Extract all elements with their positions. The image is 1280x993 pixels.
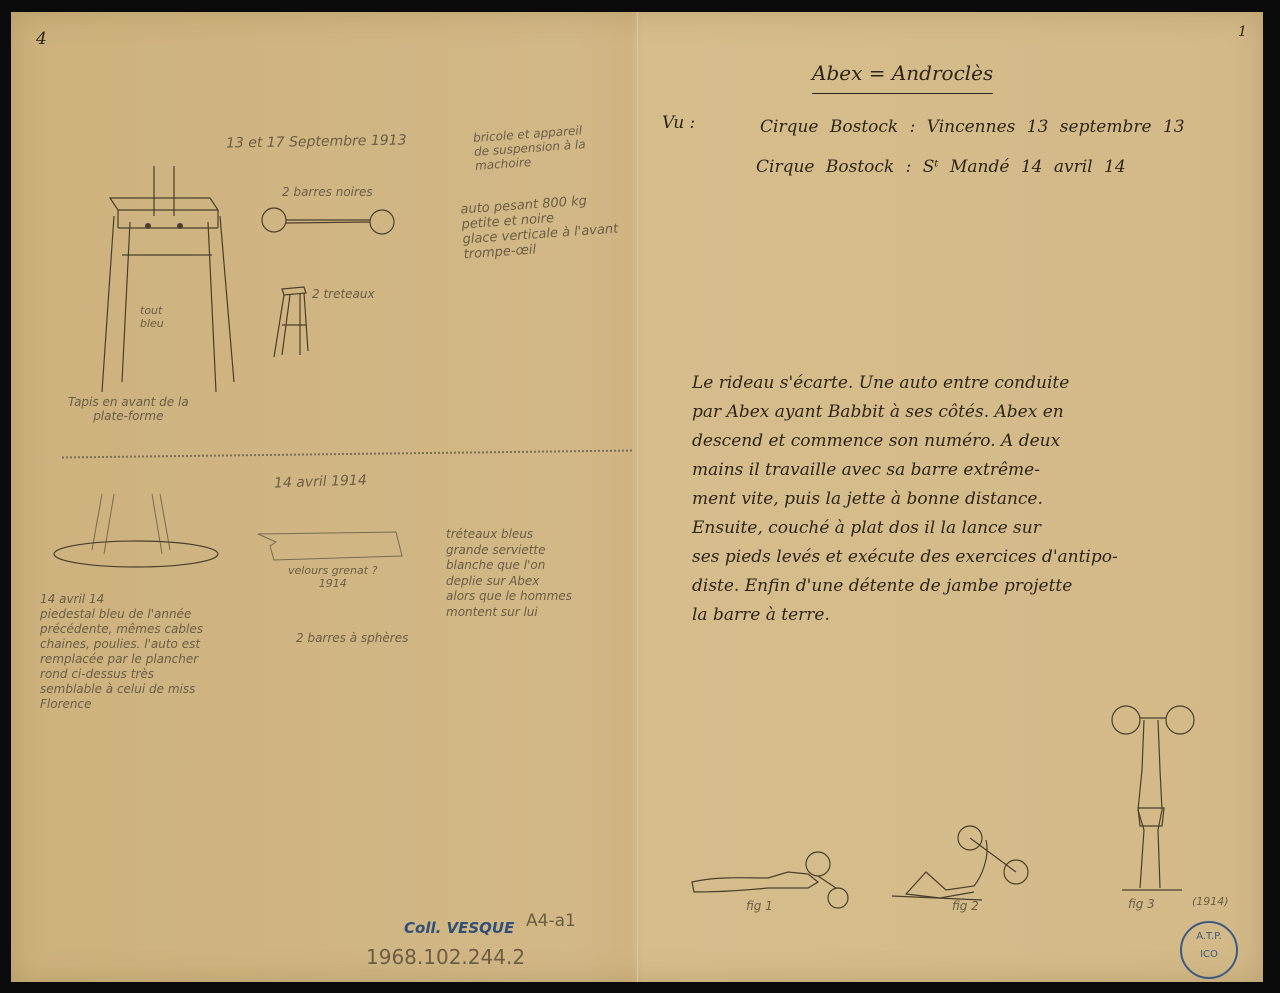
- center-fold: [636, 12, 639, 982]
- seen-entry-1: Cirque Bostock : Vincennes 13 septembre …: [760, 118, 1185, 138]
- figure-3-standing-icon: [1108, 700, 1198, 900]
- narrative-line: descend et commence son numéro. A deux: [692, 432, 1118, 461]
- atp-stamp: A.T.P. ICO: [1180, 921, 1238, 979]
- narrative-line: ses pieds levés et exécute des exercices…: [692, 548, 1118, 577]
- inventory-number: 1968.102.244.2: [366, 946, 525, 969]
- atp-stamp-bottom: ICO: [1182, 946, 1236, 964]
- seen-entry-2: Cirque Bostock : Sᵗ Mandé 14 avril 14: [756, 158, 1126, 178]
- date-1913: 13 et 17 Septembre 1913: [226, 132, 407, 151]
- left-page-number: 4: [36, 30, 47, 50]
- figure-2-sitting-icon: [886, 816, 1036, 906]
- label-2-barres-spheres: 2 barres à sphères: [296, 632, 408, 646]
- figure-1-label: fig 1: [746, 900, 773, 914]
- label-2-barres-noires: 2 barres noires: [282, 186, 373, 200]
- seen-label: Vu :: [662, 114, 695, 134]
- round-platform-sketch-icon: [52, 490, 222, 570]
- atp-stamp-top: A.T.P.: [1182, 928, 1236, 946]
- barbell-sketch-icon: [262, 203, 402, 243]
- figure-1-lying-icon: [688, 848, 868, 908]
- shelfmark: A4-a1: [526, 912, 576, 932]
- note-pedestal: 14 avril 14 piedestal bleu de l'année pr…: [40, 592, 203, 712]
- note-suspension: bricole et appareil de suspension à la m…: [473, 124, 587, 173]
- document-title: Abex = Androclès: [812, 62, 993, 94]
- collection-stamp: Coll. VESQUE: [404, 920, 514, 937]
- note-treteaux: tréteaux bleus grande serviette blanche …: [446, 527, 572, 620]
- narrative-line: mains il travaille avec sa barre extrême…: [692, 461, 1118, 490]
- right-page-number: 1: [1238, 24, 1247, 40]
- narrative-line: diste. Enfin d'une détente de jambe proj…: [692, 577, 1118, 606]
- label-velours: velours grenat ? 1914: [288, 565, 377, 590]
- narrative-line: ment vite, puis la jette à bonne distanc…: [692, 490, 1118, 519]
- narrative-line: par Abex ayant Babbit à ses côtés. Abex …: [692, 403, 1118, 432]
- note-auto: auto pesant 800 kg petite et noire glace…: [460, 193, 620, 263]
- pedestal-sketch-icon: [100, 160, 240, 400]
- figure-3-label: fig 3: [1128, 898, 1155, 912]
- narrative-line: Le rideau s'écarte. Une auto entre condu…: [692, 374, 1118, 403]
- label-2-treteaux: 2 treteaux: [312, 288, 375, 302]
- label-tapis: Tapis en avant de la plate-forme: [68, 396, 189, 424]
- trestle-sketch-icon: [270, 285, 320, 360]
- figure-2-label: fig 2: [952, 900, 979, 914]
- narrative-line: la barre à terre.: [692, 606, 1118, 635]
- narrative-line: Ensuite, couché à plat dos il la lance s…: [692, 519, 1118, 548]
- year-note: (1914): [1192, 896, 1229, 909]
- date-1914: 14 avril 1914: [274, 472, 367, 491]
- narrative: Le rideau s'écarte. Une auto entre condu…: [692, 374, 1118, 635]
